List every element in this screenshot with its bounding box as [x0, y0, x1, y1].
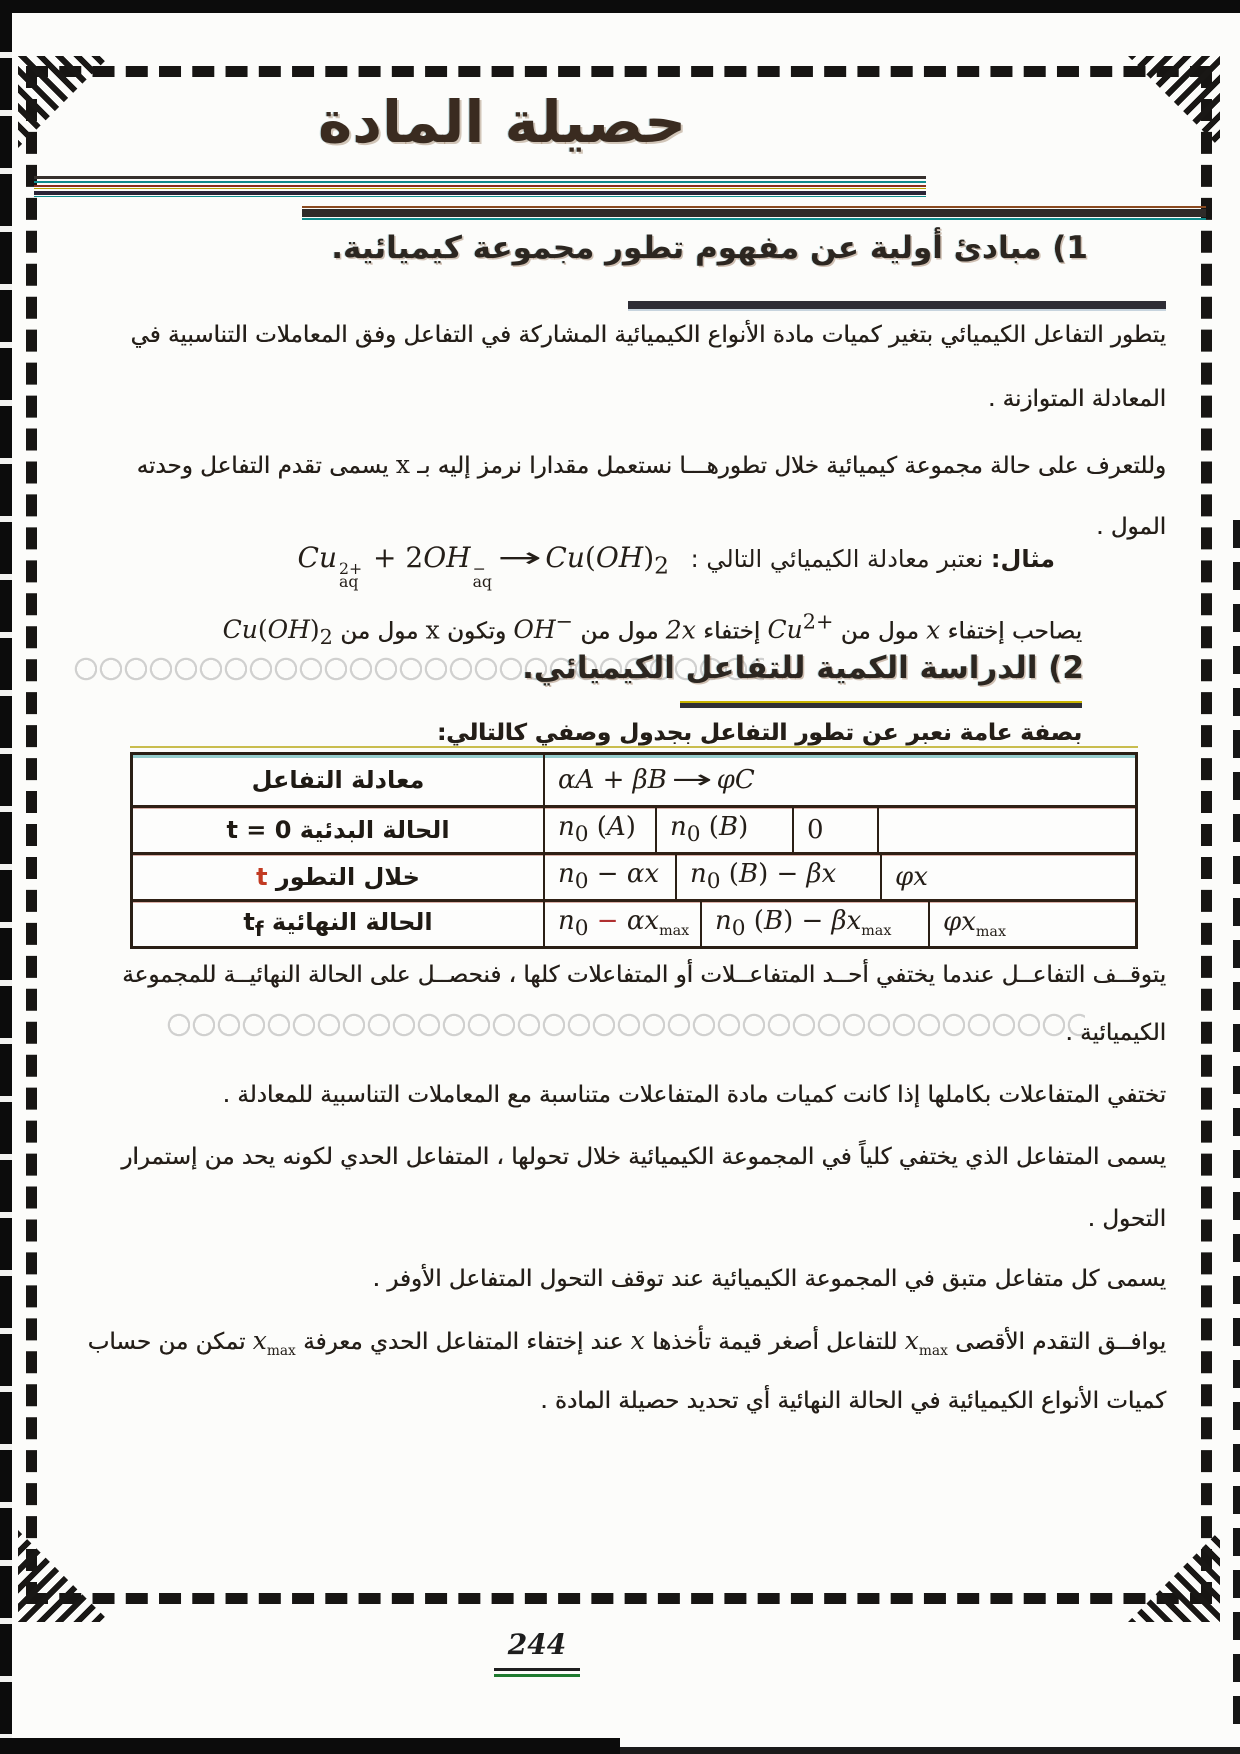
example-intro: مثال: نعتبر معادلة الكيميائي التالي : — [691, 545, 1055, 573]
scan-edge-bottom-thin — [620, 1738, 1240, 1754]
paragraph-line: التحول . — [1088, 1206, 1166, 1232]
paragraph-line: الكيميائية . — [1065, 1020, 1166, 1046]
scan-edge-right — [1233, 520, 1240, 1734]
paragraph-line: يوافــق التقدم الأقصى xmax للتفاعل أصغر … — [88, 1326, 1166, 1359]
table-cell-equation-value: αA + βB→φC — [543, 755, 1135, 805]
paragraph-line: يسمى كل متفاعل متبق في المجموعة الكيميائ… — [373, 1266, 1166, 1292]
page-title: حصيلة المادة — [318, 88, 686, 156]
table-row-final-state: الحالة النهائية tf n0 − αxmax n0 (B) − β… — [133, 899, 1135, 946]
table-row-initial-state: الحالة البدئية t = 0 n0 (A) n0 (B) 0 — [133, 805, 1135, 852]
scanned-page: { "page": { "number": "244" }, "header":… — [0, 0, 1240, 1754]
table-cell-initial-nB: n0 (B) — [655, 808, 792, 852]
paragraph-line: يتطور التفاعل الكيميائي بتغير كميات مادة… — [130, 322, 1166, 348]
paragraph-line: المول . — [1096, 514, 1166, 540]
paragraph-line: يتوقــف التفاعــل عندما يختفي أحــد المت… — [122, 962, 1166, 988]
table-cell-during-nC: φx — [880, 855, 1135, 899]
page-number: 244 — [492, 1628, 582, 1661]
table-cell-during-nA: n0 − αx — [543, 855, 675, 899]
table-cell-during-label: خلال التطور t — [133, 863, 543, 891]
table-cell-initial-nC: 0 — [792, 808, 877, 852]
section1-heading: 1) مبادئ أولية عن مفهوم تطور مجموعة كيمي… — [331, 230, 1088, 266]
title-rule-group-2 — [302, 206, 1206, 220]
table-cell-final-nA: n0 − αxmax — [543, 902, 700, 946]
chemical-equation: Cu2+aq + 2OH−aq→Cu(OH)2 — [298, 541, 669, 574]
paragraph-line: المعادلة المتوازنة . — [988, 386, 1166, 412]
table-cell-during-nB: n0 (B) − βx — [675, 855, 880, 899]
table-cell-final-label: الحالة النهائية tf — [133, 908, 543, 941]
section1-heading-underline — [628, 301, 1166, 309]
example-line: مثال: نعتبر معادلة الكيميائي التالي : Cu… — [298, 541, 1055, 588]
table-cell-initial-empty — [877, 808, 1135, 852]
table-intro-line: بصفة عامة نعبر عن تطور التفاعل بجدول وصف… — [437, 720, 1082, 746]
table-row-equation: معادلة التفاعل αA + βB→φC — [133, 755, 1135, 805]
title-rule-group-1 — [34, 176, 926, 197]
table-cell-final-nC: φxmax — [928, 902, 1135, 946]
paragraph-line: تختفي المتفاعلات بكاملها إذا كانت كميات … — [223, 1082, 1166, 1108]
page-number-underline-dark — [494, 1668, 580, 1671]
table-cell-initial-label: الحالة البدئية t = 0 — [133, 816, 543, 844]
section2-heading-underline — [680, 701, 1082, 708]
wavy-divider — [165, 1010, 1085, 1040]
table-cell-initial-nA: n0 (A) — [543, 808, 655, 852]
paragraph-line: وللتعرف على حالة مجموعة كيميائية خلال تط… — [137, 450, 1166, 479]
paragraph-line: يسمى المتفاعل الذي يختفي كلياً في المجمو… — [121, 1144, 1166, 1170]
scan-edge-top — [0, 0, 1240, 13]
consume-line: يصاحب إختفاء x مول من Cu2+ إختفاء 2x مول… — [223, 610, 1082, 649]
table-top-accent-line — [130, 746, 1138, 748]
progress-table: معادلة التفاعل αA + βB→φC الحالة البدئية… — [130, 752, 1138, 949]
table-cell-final-nB: n0 (B) − βxmax — [700, 902, 928, 946]
scan-edge-left — [0, 0, 12, 1754]
paragraph-line: كميات الأنواع الكيميائية في الحالة النها… — [540, 1388, 1166, 1414]
table-cell-equation-label: معادلة التفاعل — [133, 766, 543, 794]
table-row-during: خلال التطور t n0 − αx n0 (B) − βx φx — [133, 852, 1135, 899]
section2-heading: 2) الدراسة الكمية للتفاعل الكيميائي. — [522, 650, 1084, 686]
page-number-underline-green — [494, 1674, 580, 1677]
